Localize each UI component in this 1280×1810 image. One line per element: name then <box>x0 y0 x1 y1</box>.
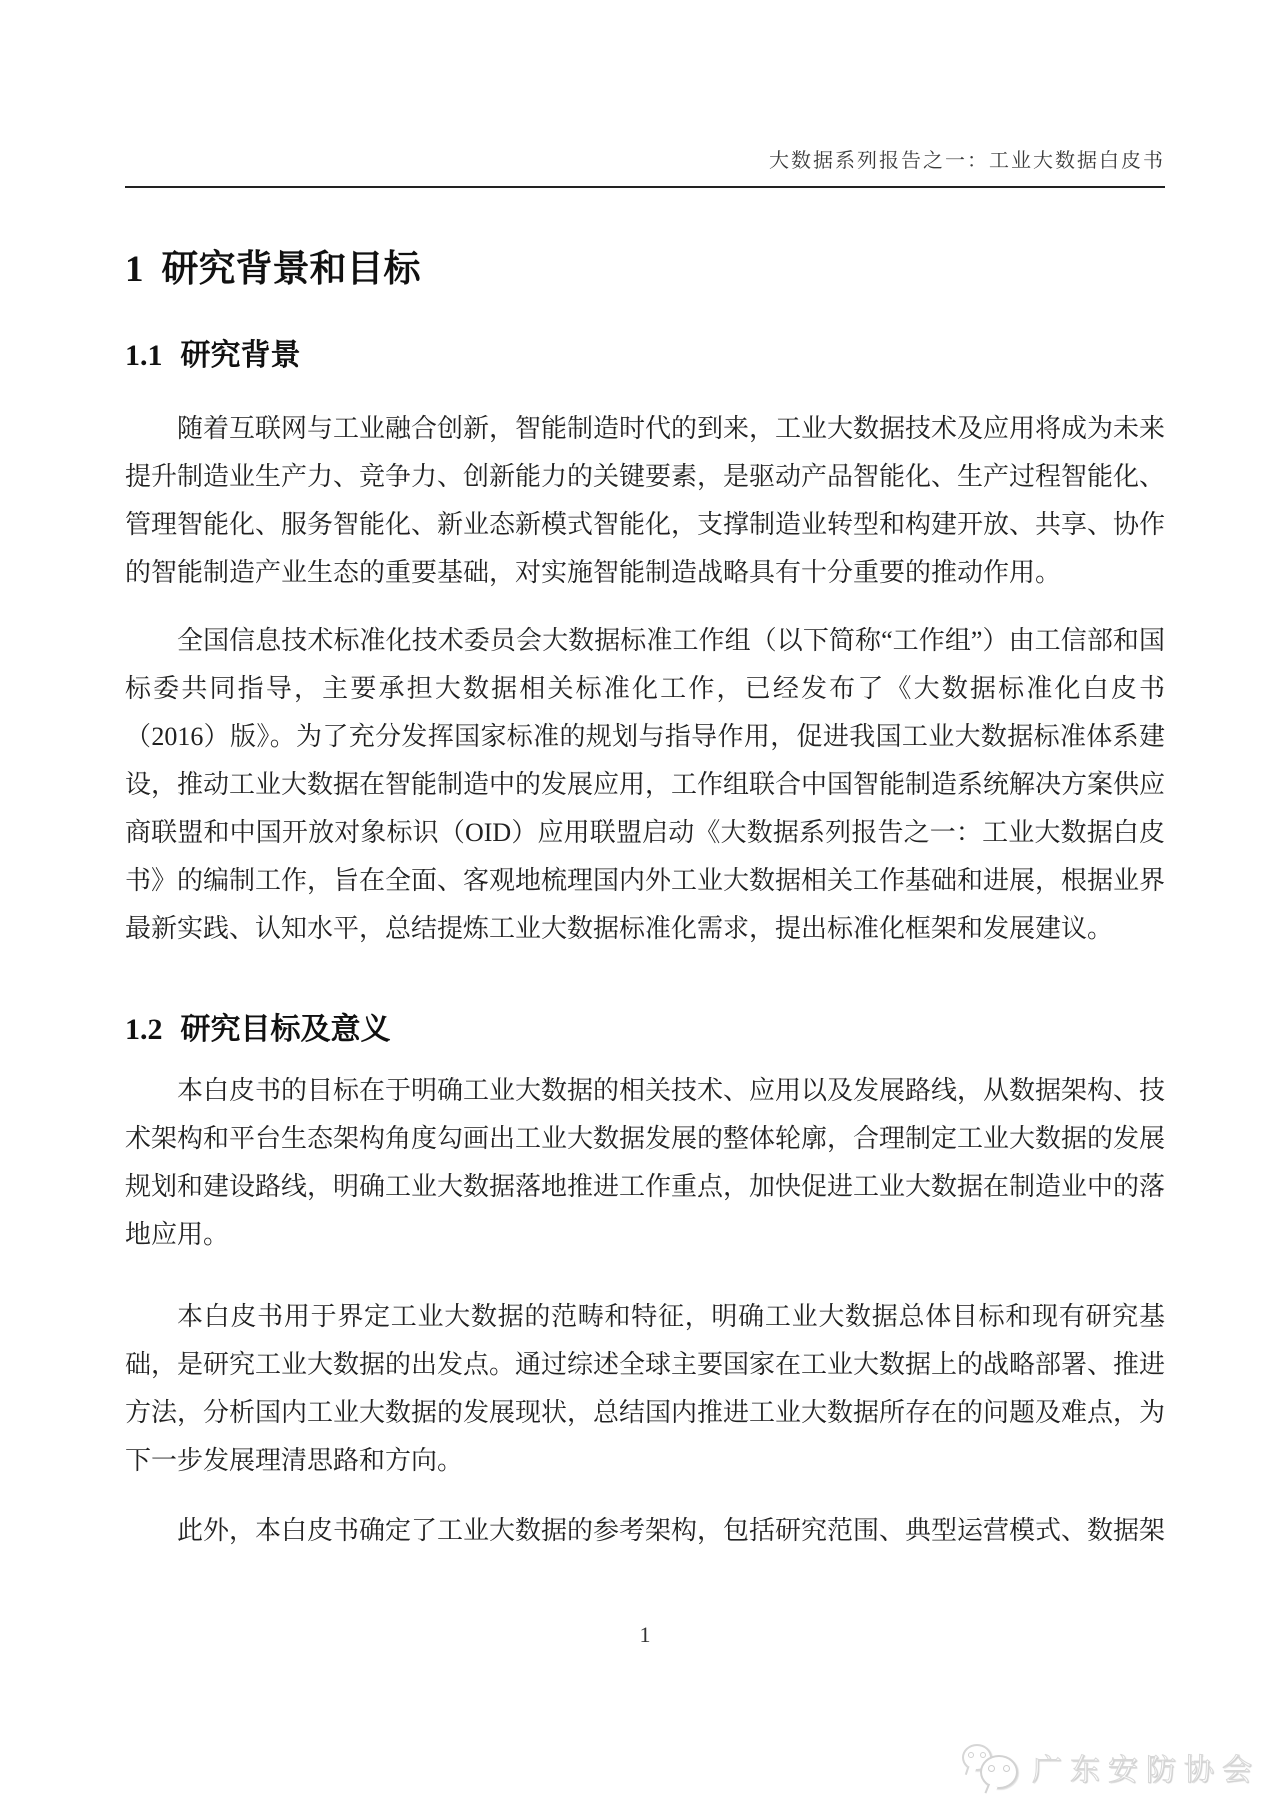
page-number: 1 <box>125 1622 1165 1648</box>
paragraph: 全国信息技术标准化技术委员会大数据标准工作组（以下简称“工作组”）由工信部和国标… <box>125 617 1165 953</box>
section-1-2-number: 1.2 <box>125 1013 163 1046</box>
header-divider <box>125 186 1165 188</box>
paragraph: 本白皮书的目标在于明确工业大数据的相关技术、应用以及发展路线，从数据架构、技术架… <box>125 1067 1165 1259</box>
section-1-1-heading: 1.1研究背景 <box>125 337 1165 375</box>
paragraph: 随着互联网与工业融合创新，智能制造时代的到来，工业大数据技术及应用将成为未来提升… <box>125 405 1165 597</box>
document-page: 大数据系列报告之一：工业大数据白皮书 1研究背景和目标 1.1研究背景 随着互联… <box>0 0 1280 1810</box>
section-1-2-title: 研究目标及意义 <box>181 1013 391 1046</box>
section-1-1-title: 研究背景 <box>181 339 301 372</box>
watermark-label: 广东安防协会 <box>1032 1745 1260 1789</box>
page-content: 大数据系列报告之一：工业大数据白皮书 1研究背景和目标 1.1研究背景 随着互联… <box>125 0 1165 1555</box>
paragraph-truncated: 此外，本白皮书确定了工业大数据的参考架构，包括研究范围、典型运营模式、数据架 <box>125 1507 1165 1555</box>
section-1-2-heading: 1.2研究目标及意义 <box>125 1011 1165 1049</box>
wechat-icon <box>960 1742 1018 1792</box>
section-1-1-number: 1.1 <box>125 339 163 372</box>
watermark: 广东安防协会 <box>960 1742 1260 1792</box>
wechat-bubble-big <box>980 1755 1018 1789</box>
chapter-title: 研究背景和目标 <box>162 248 421 289</box>
chapter-heading: 1研究背景和目标 <box>125 246 1165 292</box>
paragraph: 本白皮书用于界定工业大数据的范畴和特征，明确工业大数据总体目标和现有研究基础，是… <box>125 1293 1165 1485</box>
chapter-number: 1 <box>125 249 144 290</box>
running-header: 大数据系列报告之一：工业大数据白皮书 <box>125 148 1165 174</box>
